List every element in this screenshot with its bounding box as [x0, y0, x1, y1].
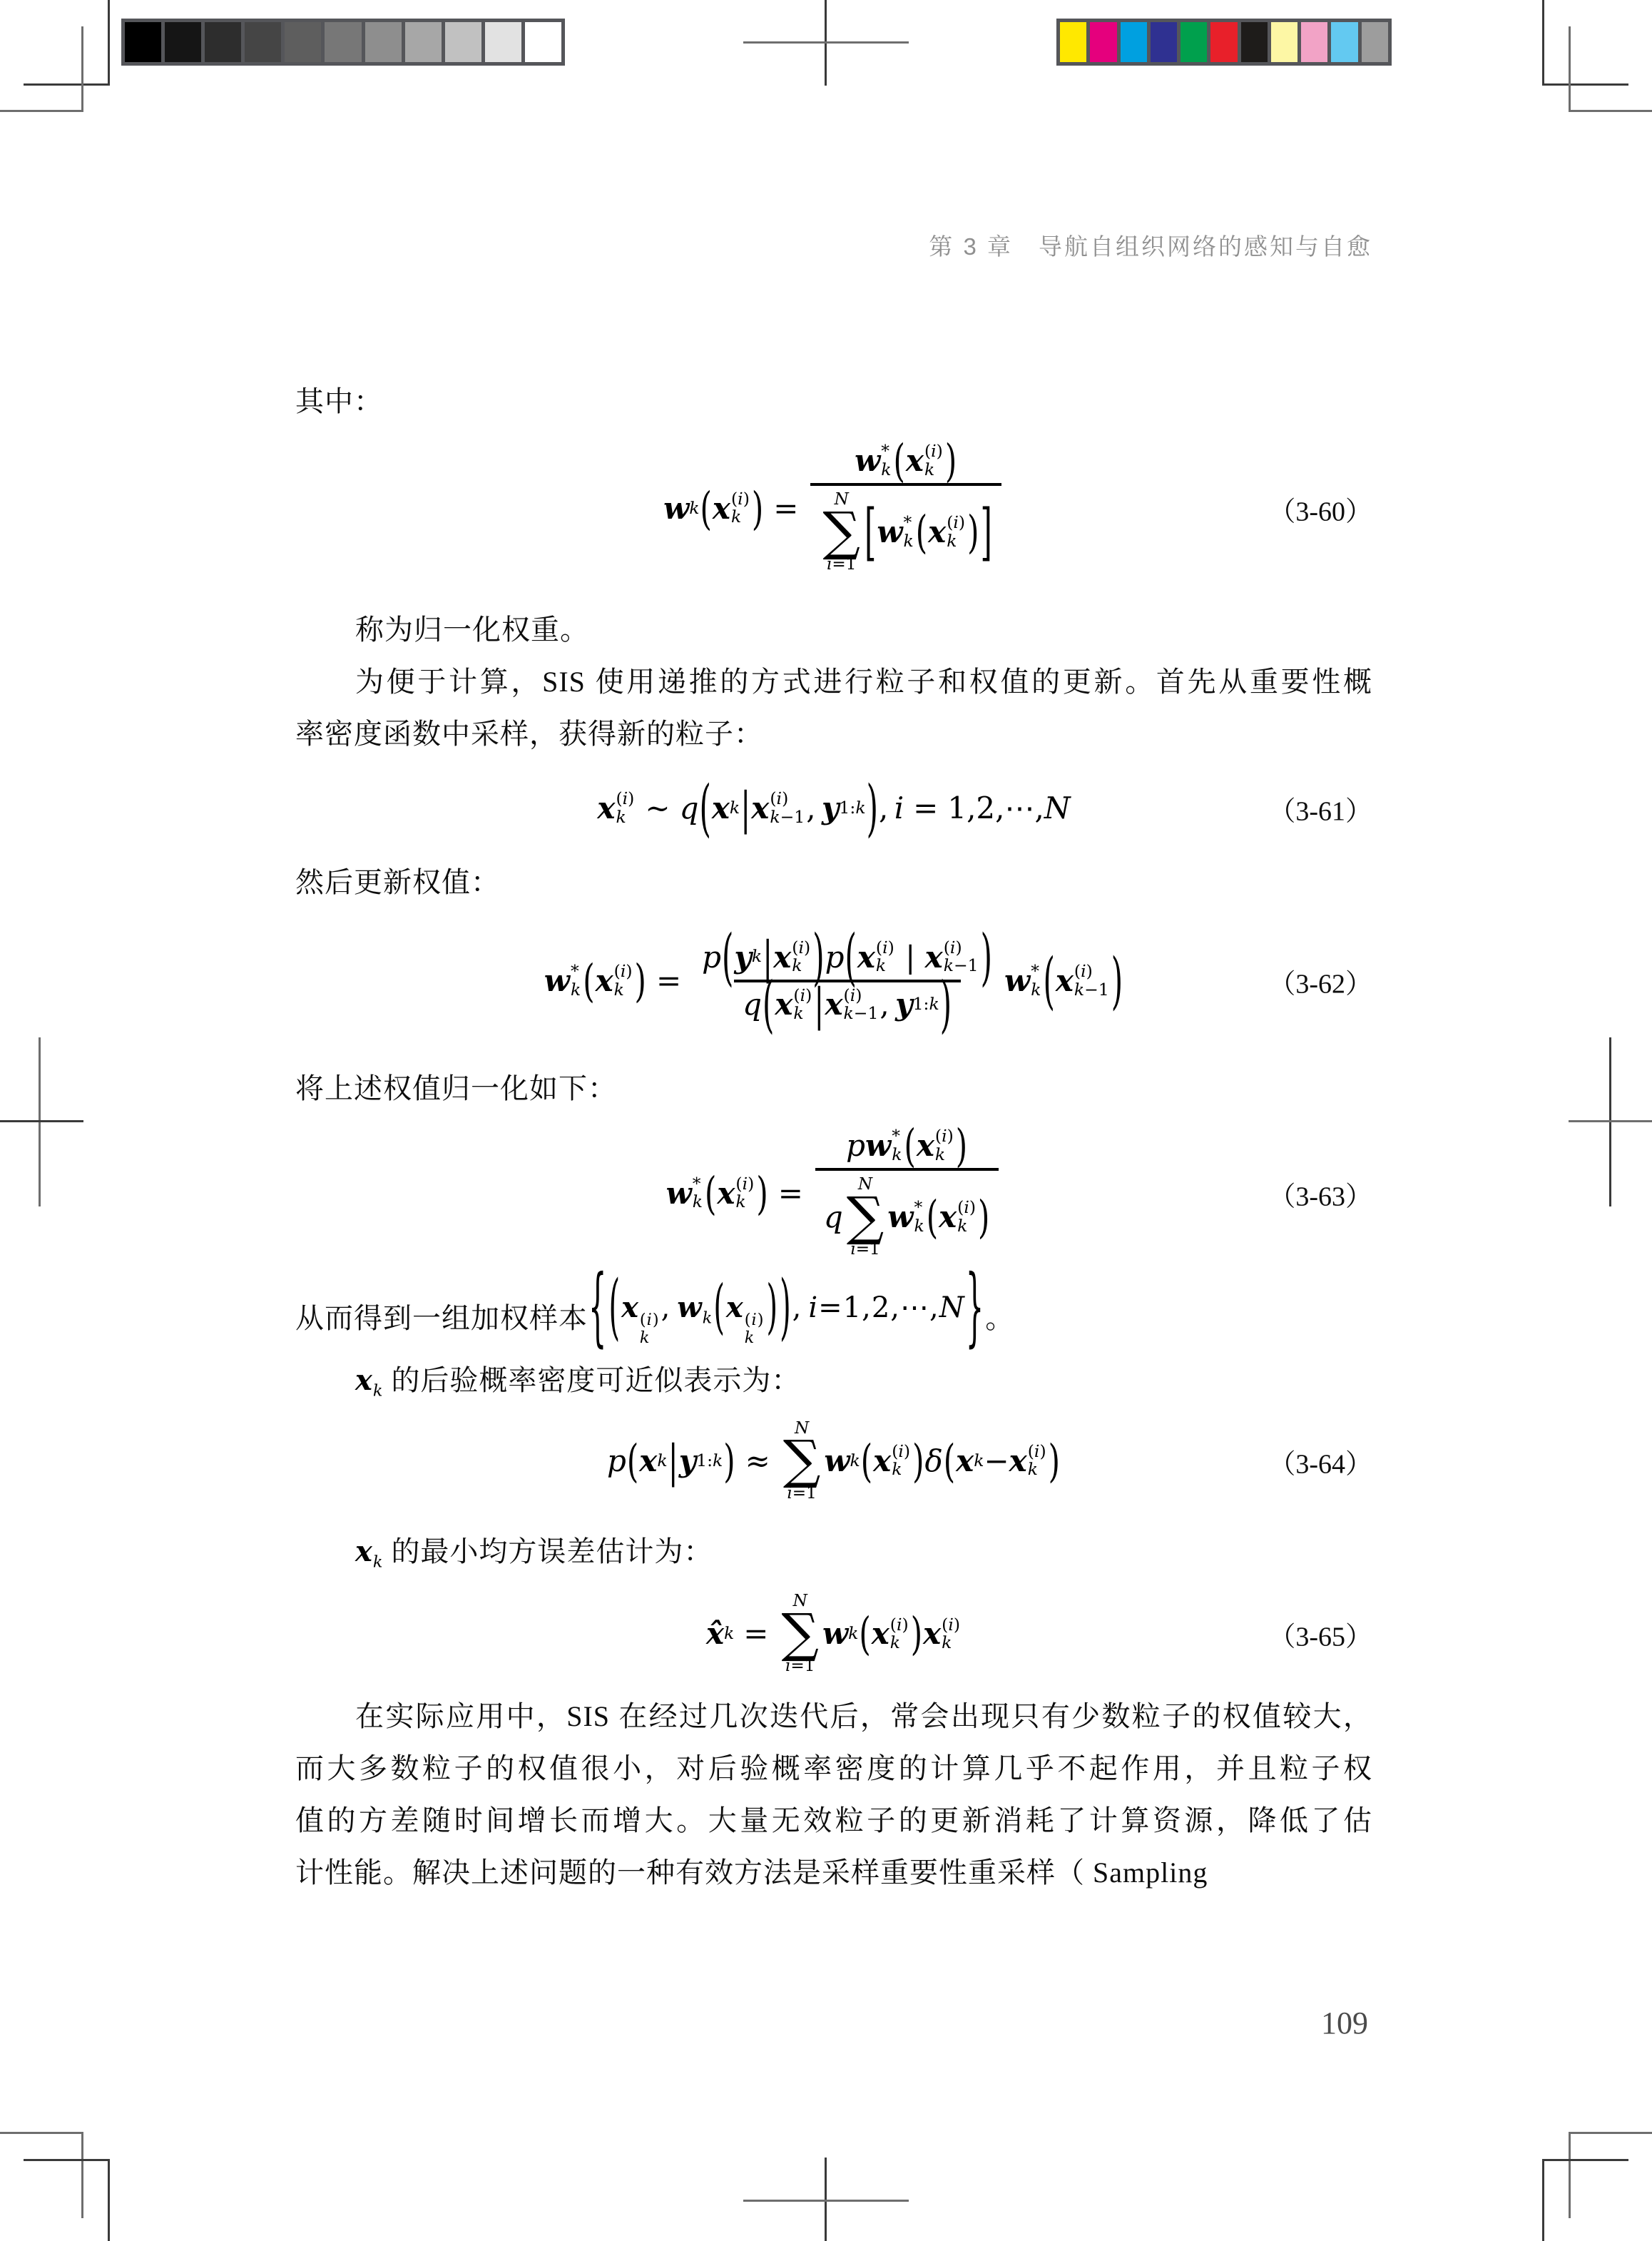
calibration-swatch [1331, 22, 1357, 62]
equation-3-63-formula: w*k(x(i)k)=pw*k(x(i)k)qN∑i=1w*k(x(i)k) [666, 1123, 1002, 1264]
calibration-swatch [245, 22, 281, 62]
equation-3-62: w*k(x(i)k)=p(yk|x(i)k)p(x(i)k | x(i)k−1)… [295, 900, 1372, 1061]
color-calibration-strip [1056, 19, 1392, 66]
text-line-mmse: xk 的最小均方误差估计为： [295, 1534, 1372, 1570]
equation-3-62-number: （3-62） [1268, 961, 1372, 1000]
equation-3-63: w*k(x(i)k)=pw*k(x(i)k)qN∑i=1w*k(x(i)k) （… [295, 1109, 1372, 1277]
text-line-posterior: xk 的后验概率密度可近似表示为： [295, 1363, 1372, 1399]
calibration-swatch [1181, 22, 1207, 62]
equation-3-64-formula: p(xk|y1:k)≈N∑i=1wk(x(i)k)δ(xk − x(i)k) [607, 1419, 1061, 1503]
paragraph-sis-line1: 为便于计算，SIS 使用递推的方式进行粒子和权值的更新。首先从重要性概 [295, 664, 1372, 700]
equation-3-61-number: （3-61） [1268, 788, 1372, 828]
equation-3-63-number: （3-63） [1268, 1174, 1372, 1213]
equation-3-60-number: （3-60） [1268, 489, 1372, 528]
calibration-swatch [1271, 22, 1297, 62]
equation-3-65-formula: x̂k=N∑i=1wk(x(i)k)x(i)k [706, 1592, 962, 1676]
equation-3-60-formula: wk(x(i)k)=w*k(x(i)k)N∑i=1[w*k(x(i)k)] [663, 438, 1004, 579]
calibration-swatch [525, 22, 561, 62]
calibration-swatch [125, 22, 161, 62]
calibration-swatch [365, 22, 402, 62]
chapter-header: 第 3 章 导航自组织网络的感知与自愈 [295, 228, 1372, 262]
calibration-swatch [165, 22, 201, 62]
equation-3-62-formula: w*k(x(i)k)=p(yk|x(i)k)p(x(i)k | x(i)k−1)… [544, 935, 1123, 1027]
calibration-swatch [405, 22, 442, 62]
equation-3-64: p(xk|y1:k)≈N∑i=1wk(x(i)k)δ(xk − x(i)k) （… [295, 1416, 1372, 1505]
page-number: 109 [295, 2005, 1372, 2041]
paragraph-practice-line4: 计性能。解决上述问题的一种有效方法是采样重要性重采样（ Sampling [295, 1855, 1372, 1891]
grayscale-calibration-strip [121, 19, 565, 66]
calibration-swatch [445, 22, 481, 62]
calibration-swatch [1210, 22, 1237, 62]
paragraph-practice-line2: 而大多数粒子的权值很小，对后验概率密度的计算几乎不起作用，并且粒子权 [295, 1751, 1372, 1787]
calibration-swatch [1121, 22, 1147, 62]
paragraph-practice-line1: 在实际应用中，SIS 在经过几次迭代后，常会出现只有少数粒子的权值较大， [295, 1699, 1372, 1734]
equation-3-65-number: （3-65） [1268, 1615, 1372, 1654]
text-line-normalize: 将上述权值归一化如下： [295, 1071, 1372, 1107]
text-line-weighted-samples: 从而得到一组加权样本{(x(i)k, wk(x(i)k)), i=1,2,⋯,N… [295, 1284, 1372, 1352]
calibration-swatch [1151, 22, 1177, 62]
calibration-swatch [485, 22, 521, 62]
equation-3-64-number: （3-64） [1268, 1441, 1372, 1480]
paragraph-sis-line2: 率密度函数中采样，获得新的粒子： [295, 716, 1372, 752]
calibration-swatch [325, 22, 361, 62]
text-line-normalized-weight: 称为归一化权重。 [295, 612, 1372, 648]
calibration-swatch [1301, 22, 1327, 62]
text-line-intro: 其中： [295, 384, 1372, 420]
equation-3-61: x(i)k∼q(xk|x(i)k−1, y1:k), i=1,2,⋯,N （3-… [295, 774, 1372, 842]
text-line-update-weights: 然后更新权值： [295, 865, 1372, 900]
equation-3-61-formula: x(i)k∼q(xk|x(i)k−1, y1:k), i=1,2,⋯,N [597, 790, 1070, 826]
book-page: { "page": { "header": "第 3 章 导航自组织网络的感知与… [0, 0, 1652, 2241]
calibration-swatch [1362, 22, 1388, 62]
equation-3-60: wk(x(i)k)=w*k(x(i)k)N∑i=1[w*k(x(i)k)] （3… [295, 421, 1372, 596]
paragraph-practice-line3: 值的方差随时间增长而增大。大量无效粒子的更新消耗了计算资源，降低了估 [295, 1803, 1372, 1839]
calibration-swatch [285, 22, 321, 62]
calibration-swatch [205, 22, 241, 62]
calibration-swatch [1090, 22, 1116, 62]
equation-3-65: x̂k=N∑i=1wk(x(i)k)x(i)k （3-65） [295, 1580, 1372, 1687]
calibration-swatch [1241, 22, 1268, 62]
calibration-swatch [1060, 22, 1086, 62]
